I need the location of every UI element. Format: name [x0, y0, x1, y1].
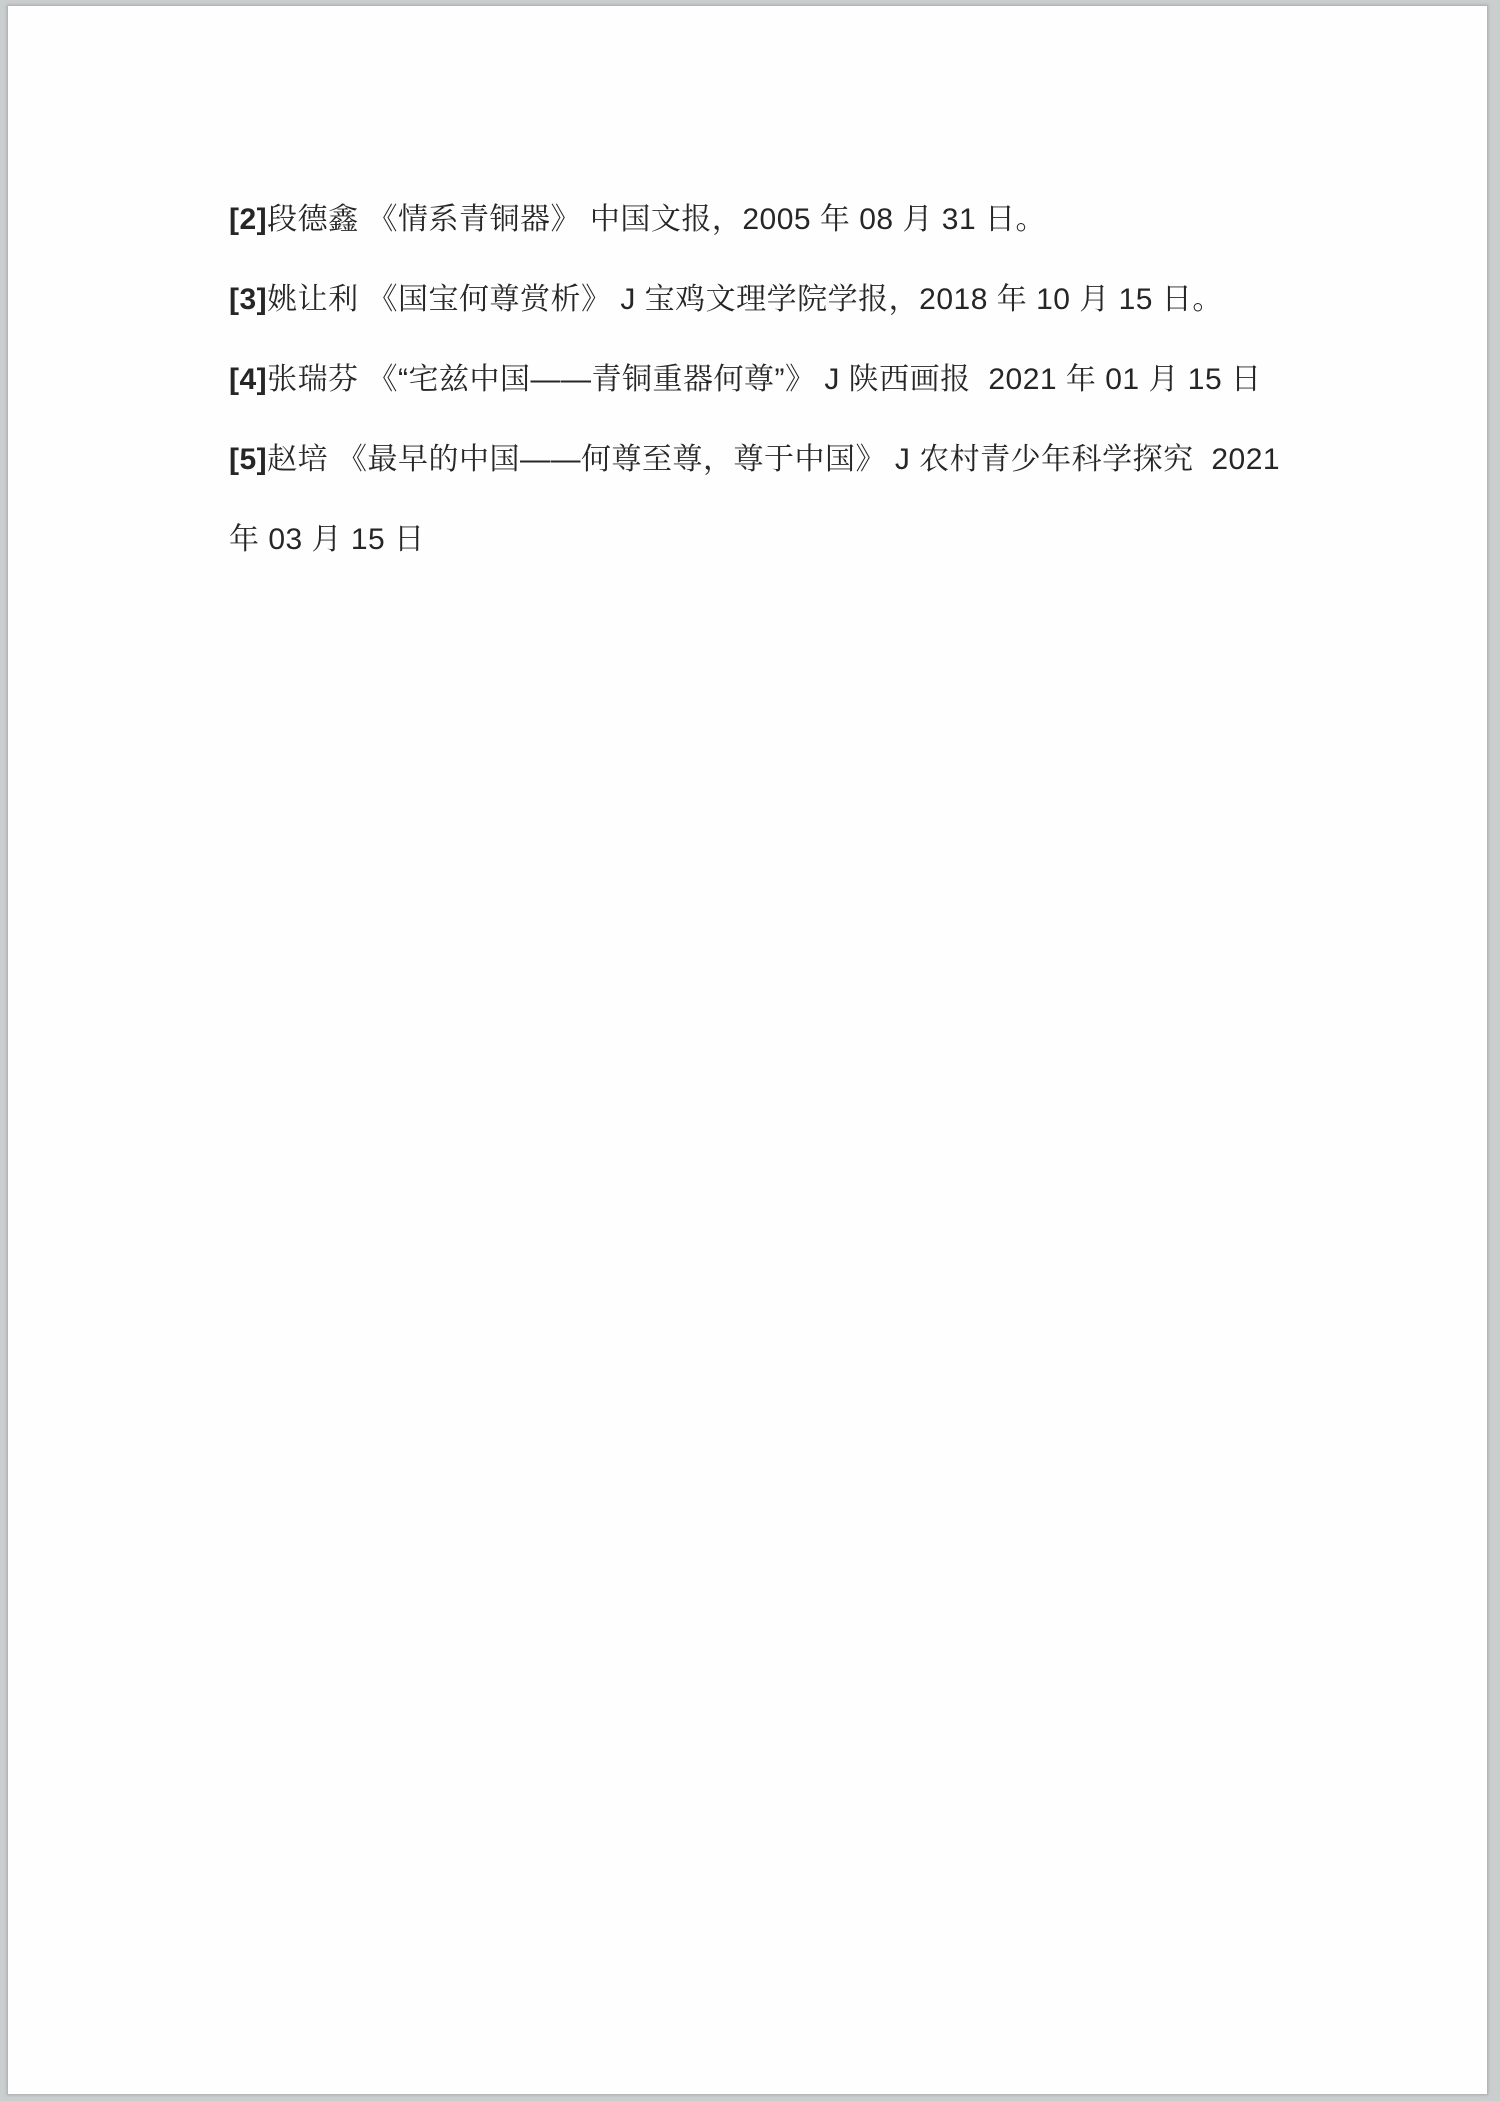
reference-marker: [5]: [229, 443, 267, 476]
reference-text: 张瑞芬 《“宅兹中国——青铜重器何尊”》 J 陕西画报 2021 年 01 月 …: [267, 363, 1261, 396]
document-page: [2]段德鑫 《情系青铜器》 中国文报，2005 年 08 月 31 日。 [3…: [7, 5, 1488, 2095]
reference-line-3: [3]姚让利 《国宝何尊赏析》 J 宝鸡文理学院学报，2018 年 10 月 1…: [229, 260, 1319, 340]
reference-text: 年 03 月 15 日: [229, 523, 425, 556]
reference-text: 赵培 《最早的中国——何尊至尊，尊于中国》 J 农村青少年科学探究 2021: [267, 443, 1280, 476]
reference-marker: [3]: [229, 283, 267, 316]
reference-line-2: [2]段德鑫 《情系青铜器》 中国文报，2005 年 08 月 31 日。: [229, 180, 1319, 260]
reference-marker: [4]: [229, 363, 267, 396]
reference-text: 段德鑫 《情系青铜器》 中国文报，2005 年 08 月 31 日。: [267, 203, 1046, 236]
references-block: [2]段德鑫 《情系青铜器》 中国文报，2005 年 08 月 31 日。 [3…: [229, 180, 1319, 580]
reference-text: 姚让利 《国宝何尊赏析》 J 宝鸡文理学院学报，2018 年 10 月 15 日…: [267, 283, 1223, 316]
reference-line-5-continuation: 年 03 月 15 日: [229, 500, 1319, 580]
reference-marker: [2]: [229, 203, 267, 236]
reference-line-5: [5]赵培 《最早的中国——何尊至尊，尊于中国》 J 农村青少年科学探究 202…: [229, 420, 1319, 500]
reference-line-4: [4]张瑞芬 《“宅兹中国——青铜重器何尊”》 J 陕西画报 2021 年 01…: [229, 340, 1319, 420]
